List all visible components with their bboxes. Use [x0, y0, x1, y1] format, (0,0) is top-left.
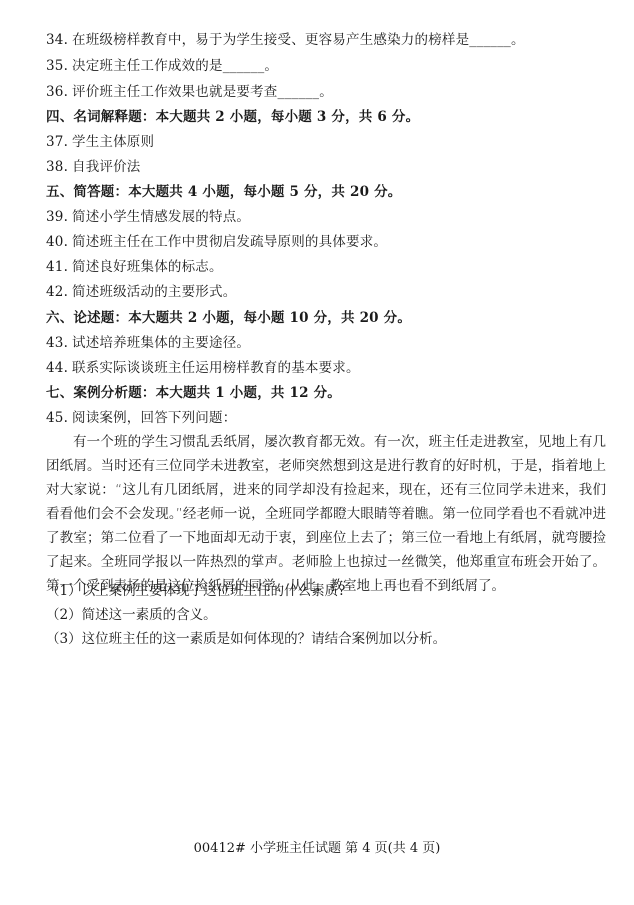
- question-number: 34.: [46, 31, 72, 49]
- case-passage: 有一个班的学生习惯乱丢纸屑，屡次教育都无效。有一次，班主任走进教室，见地上有几团…: [46, 430, 606, 598]
- case-passage-text: 有一个班的学生习惯乱丢纸屑，屡次教育都无效。有一次，班主任走进教室，见地上有几团…: [46, 430, 606, 598]
- section-heading-case-analysis: 七、案例分析题：本大题共 1 小题，共 12 分。: [46, 384, 341, 402]
- sub-question-3: （3）这位班主任的这一素质是如何体现的？请结合案例加以分析。: [46, 630, 446, 648]
- question-text: 自我评价法: [72, 159, 141, 175]
- question-number: 37.: [46, 133, 72, 151]
- question-number: 39.: [46, 208, 72, 226]
- question-38: 38.自我评价法: [46, 158, 141, 176]
- question-number: 40.: [46, 233, 72, 251]
- question-text: 在班级榜样教育中，易于为学生接受、更容易产生感染力的榜样是______。: [72, 32, 525, 48]
- section-heading-essay: 六、论述题：本大题共 2 小题，每小题 10 分，共 20 分。: [46, 309, 411, 327]
- question-number: 43.: [46, 334, 72, 352]
- question-number: 44.: [46, 359, 72, 377]
- question-text: 阅读案例，回答下列问题：: [72, 410, 236, 426]
- question-41: 41.简述良好班集体的标志。: [46, 258, 223, 276]
- question-number: 35.: [46, 57, 72, 75]
- question-text: 联系实际谈谈班主任运用榜样教育的基本要求。: [72, 360, 360, 376]
- question-39: 39.简述小学生情感发展的特点。: [46, 208, 250, 226]
- question-40: 40.简述班主任在工作中贯彻启发疏导原则的具体要求。: [46, 233, 387, 251]
- question-text: 决定班主任工作成效的是______。: [72, 58, 278, 74]
- question-text: 学生主体原则: [72, 134, 154, 150]
- page-footer: 00412# 小学班主任试题 第 4 页(共 4 页): [0, 841, 634, 857]
- question-43: 43.试述培养班集体的主要途径。: [46, 334, 250, 352]
- question-44: 44.联系实际谈谈班主任运用榜样教育的基本要求。: [46, 359, 360, 377]
- exam-page: 34.在班级榜样教育中，易于为学生接受、更容易产生感染力的榜样是______。 …: [0, 0, 634, 905]
- question-34: 34.在班级榜样教育中，易于为学生接受、更容易产生感染力的榜样是______。: [46, 31, 525, 49]
- question-text: 简述小学生情感发展的特点。: [72, 209, 250, 225]
- question-35: 35.决定班主任工作成效的是______。: [46, 57, 278, 75]
- question-number: 36.: [46, 83, 72, 101]
- question-number: 38.: [46, 158, 72, 176]
- question-text: 简述班级活动的主要形式。: [72, 284, 236, 300]
- sub-question-1: （1）以上案例主要体现了这位班主任的什么素质?: [46, 582, 345, 600]
- question-text: 简述良好班集体的标志。: [72, 259, 223, 275]
- question-number: 41.: [46, 258, 72, 276]
- question-42: 42.简述班级活动的主要形式。: [46, 283, 236, 301]
- question-37: 37.学生主体原则: [46, 133, 154, 151]
- question-text: 简述班主任在工作中贯彻启发疏导原则的具体要求。: [72, 234, 387, 250]
- question-36: 36.评价班主任工作效果也就是要考查______。: [46, 83, 333, 101]
- section-heading-terms: 四、名词解释题：本大题共 2 小题，每小题 3 分，共 6 分。: [46, 108, 419, 126]
- question-text: 评价班主任工作效果也就是要考查______。: [72, 84, 333, 100]
- section-heading-short-answer: 五、简答题：本大题共 4 小题，每小题 5 分，共 20 分。: [46, 183, 401, 201]
- question-number: 42.: [46, 283, 72, 301]
- question-number: 45.: [46, 409, 72, 427]
- question-45: 45.阅读案例，回答下列问题：: [46, 409, 236, 427]
- sub-question-2: （2）简述这一素质的含义。: [46, 606, 217, 624]
- question-text: 试述培养班集体的主要途径。: [72, 335, 250, 351]
